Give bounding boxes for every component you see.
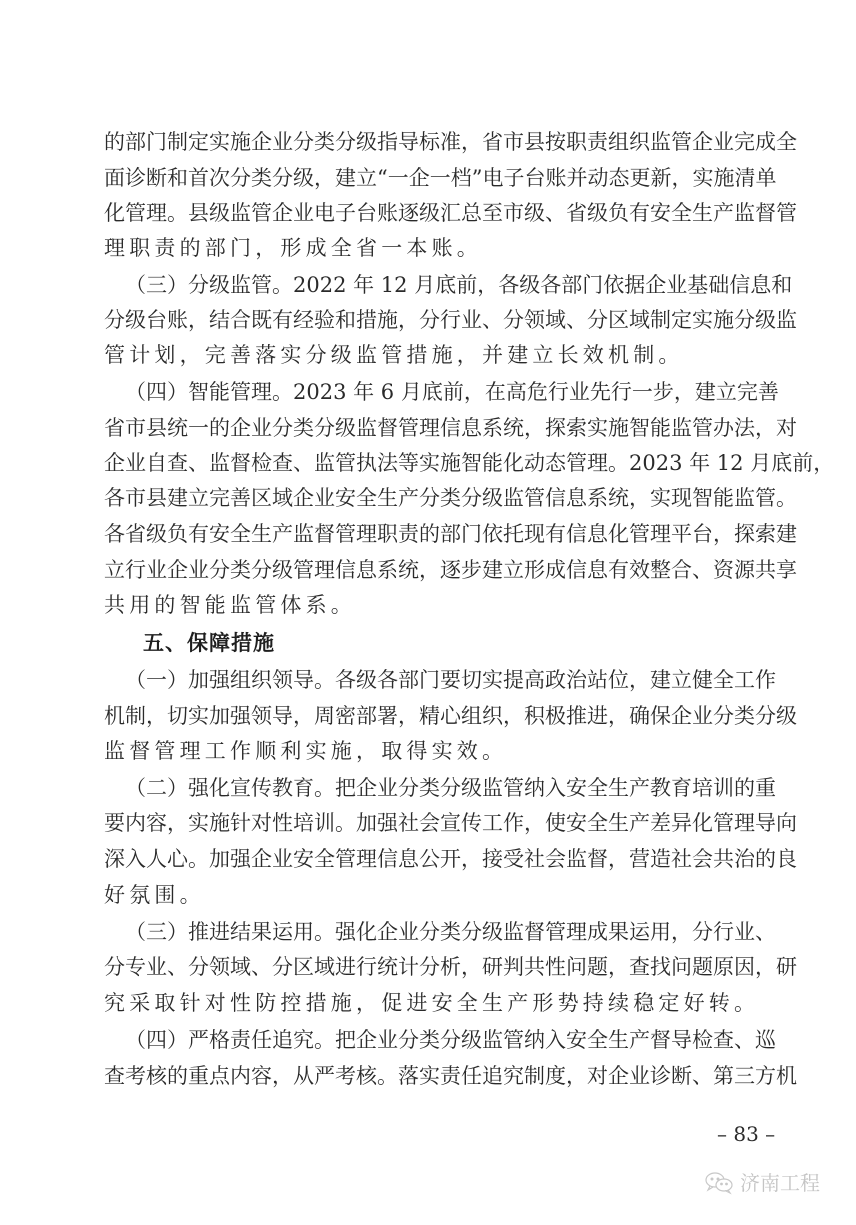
text-line: 管计划，完善落实分级监管措施，并建立长效机制。 [104,340,764,370]
text-line: 的部门制定实施企业分类分级指导标准，省市县按职责组织监管企业完成全 [104,127,764,157]
text-line: 监督管理工作顺利实施，取得实效。 [104,736,764,766]
text-line: 究采取针对性防控措施，促进安全生产形势持续稳定好转。 [104,988,764,1018]
document-page: 的部门制定实施企业分类分级指导标准，省市县按职责组织监管企业完成全面诊断和首次分… [0,0,856,1225]
text-line: 共用的智能监管体系。 [104,590,764,620]
text-line: 企业自查、监督检查、监管执法等实施智能化动态管理。2023 年 12 月底前， [104,448,764,478]
wechat-icon [704,1171,734,1195]
text-line: 深入人心。加强企业安全管理信息公开，接受社会监督，营造社会共治的良 [104,844,764,874]
text-line: 各省级负有安全生产监督管理职责的部门依托现有信息化管理平台，探索建 [104,519,764,549]
text-line: （三）推进结果运用。强化企业分类分级监督管理成果运用，分行业、 [125,917,764,947]
text-line: （四）智能管理。2023 年 6 月底前，在高危行业先行一步，建立完善 [125,377,764,407]
text-line: 理职责的部门，形成全省一本账。 [104,233,764,263]
text-line: 要内容，实施针对性培训。加强社会宣传工作，使安全生产差异化管理导向 [104,808,764,838]
text-line: （一）加强组织领导。各级各部门要切实提高政治站位，建立健全工作 [125,665,764,695]
text-line: 省市县统一的企业分类分级监督管理信息系统，探索实施智能监管办法，对 [104,413,764,443]
text-line: 查考核的重点内容，从严考核。落实责任追究制度，对企业诊断、第三方机 [104,1061,764,1091]
watermark-text: 济南工程 [740,1170,820,1196]
text-line: 分专业、分领域、分区域进行统计分析，研判共性问题，查找问题原因，研 [104,952,764,982]
section-heading: 五、保障措施 [143,628,275,658]
watermark: 济南工程 [704,1170,820,1196]
text-line: （三）分级监管。2022 年 12 月底前，各级各部门依据企业基础信息和 [125,270,764,300]
text-line: （二）强化宣传教育。把企业分类分级监管纳入安全生产教育培训的重 [125,773,764,803]
text-line: 化管理。县级监管企业电子台账逐级汇总至市级、省级负有安全生产监督管 [104,198,764,228]
page-number: – 83 – [717,1121,775,1147]
text-line: 面诊断和首次分类分级，建立“一企一档”电子台账并动态更新，实施清单 [104,163,764,193]
text-line: （四）严格责任追究。把企业分类分级监管纳入安全生产督导检查、巡 [125,1025,764,1055]
text-line: 各市县建立完善区域企业安全生产分类分级监管信息系统，实现智能监管。 [104,483,764,513]
text-line: 好氛围。 [104,880,764,910]
text-line: 机制，切实加强领导，周密部署，精心组织，积极推进，确保企业分类分级 [104,701,764,731]
text-line: 分级台账，结合既有经验和措施，分行业、分领域、分区域制定实施分级监 [104,305,764,335]
text-line: 立行业企业分类分级管理信息系统，逐步建立形成信息有效整合、资源共享 [104,555,764,585]
